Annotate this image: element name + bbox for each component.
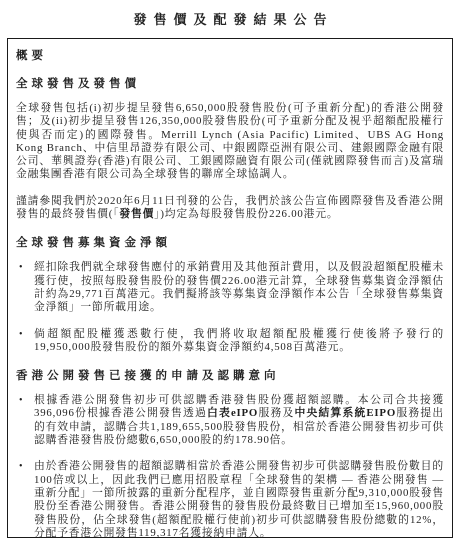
oversubscription-text-mid: 服務及 (258, 407, 294, 419)
bullet-reallocation: •由於香港公開發售的超額認購相當於香港公開發售初步可供認購發售股份數目的100倍… (16, 460, 444, 538)
bullet-overallotment-proceeds-text: 倘超額配股權獲悉數行使，我們將收取超額配股權獲行使後將予發行的19,950,00… (34, 328, 444, 353)
bullet-net-proceeds-estimate-text: 經扣除我們就全球發售應付的承銷費用及其他預計費用，以及假設超額配股權未獲行使，按… (34, 261, 444, 313)
offer-price-defined-term: 發售價 (119, 208, 154, 220)
bullet-net-proceeds-estimate: •經扣除我們就全球發售應付的承銷費用及其他預計費用，以及假設超額配股權未獲行使，… (16, 261, 444, 314)
offer-price-text-post: 」)均定為每股發售股份226.00港元。 (154, 208, 338, 220)
bullet-icon: • (19, 394, 23, 407)
white-form-eipo-term: 白表eIPO (207, 407, 258, 419)
summary-heading: 概要 (16, 47, 444, 63)
paragraph-global-offering: 全球發售包括(i)初步提呈發售6,650,000股發售股份(可予重新分配)的香港… (16, 102, 444, 182)
bullet-icon: • (19, 328, 23, 341)
section-heading-hk-offering-applications: 香港公開發售已接獲的申請及認購意向 (16, 367, 444, 383)
paragraph-offer-price: 謹請參閱我們於2020年6月11日刊發的公告，我們於該公告宣佈國際發售及香港公開… (16, 195, 444, 222)
section-heading-net-proceeds: 全球發售募集資金淨額 (16, 234, 444, 250)
bullet-reallocation-text: 由於香港公開發售的超額認購相當於香港公開發售初步可供認購發售股份數目的100倍或… (34, 460, 444, 538)
section-heading-global-offering: 全球發售及發售價 (16, 75, 444, 91)
bullet-oversubscription: •根據香港公開發售初步可供認購香港發售股份獲超額認購。本公司合共接獲396,09… (16, 394, 444, 447)
ccass-eipo-term: 中央結算系統EIPO (295, 407, 397, 419)
bullet-icon: • (19, 460, 23, 473)
announcement-page: 發售價及配發結果公告 概要 全球發售及發售價 全球發售包括(i)初步提呈發售6,… (0, 0, 460, 545)
page-title: 發售價及配發結果公告 (7, 9, 453, 28)
bullet-icon: • (19, 261, 23, 274)
bullet-overallotment-proceeds: •倘超額配股權獲悉數行使，我們將收取超額配股權獲行使後將予發行的19,950,0… (16, 328, 444, 355)
summary-box: 概要 全球發售及發售價 全球發售包括(i)初步提呈發售6,650,000股發售股… (7, 38, 453, 538)
